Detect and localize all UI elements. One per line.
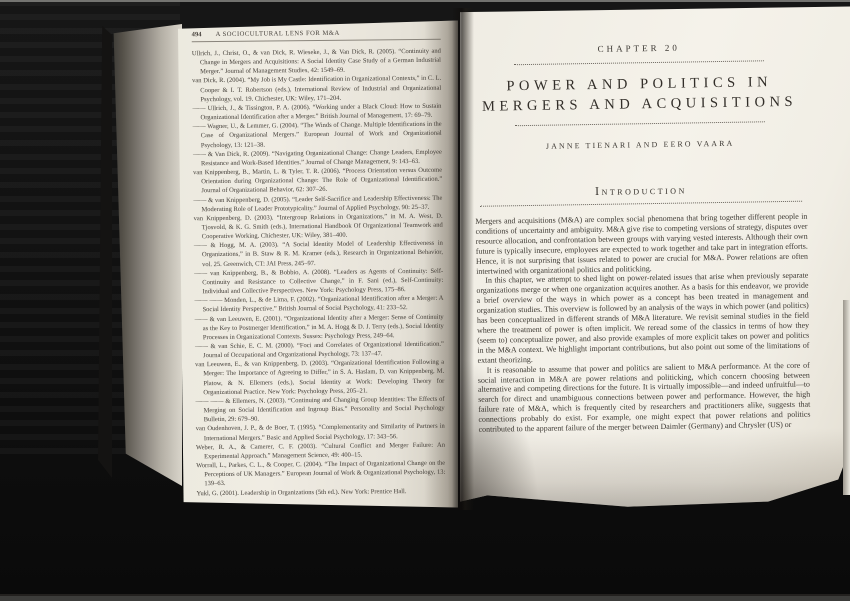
left-page: 494 A SOCIOCULTURAL LENS FOR M&A Ullrich… bbox=[178, 17, 458, 509]
chapter-title-line2: MERGERS AND ACQUISITIONS bbox=[473, 92, 805, 117]
chapter-label: CHAPTER 20 bbox=[473, 41, 805, 56]
page-number: 494 bbox=[192, 31, 202, 38]
reference-list: Ullrich, J., Christ, O., & van Dick, R. … bbox=[192, 47, 446, 498]
reference-entry: —— Wagner, U., & Lemmer, G. (2004). “The… bbox=[193, 120, 442, 150]
running-head-title: A SOCIOCULTURAL LENS FOR M&A bbox=[216, 30, 340, 38]
table-edge bbox=[0, 596, 850, 601]
book-cover-edge bbox=[98, 26, 112, 478]
reference-entry: van Knippenberg, D. (2003). “Intergroup … bbox=[194, 212, 443, 242]
section-heading-introduction: Introduction bbox=[475, 181, 807, 201]
dotted-rule-top bbox=[514, 60, 764, 65]
top-light-glint bbox=[0, 0, 850, 2]
running-header: 494 A SOCIOCULTURAL LENS FOR M&A bbox=[192, 29, 441, 43]
reference-entry: Ullrich, J., Christ, O., & van Dick, R. … bbox=[192, 47, 441, 77]
book-photo: 494 A SOCIOCULTURAL LENS FOR M&A Ullrich… bbox=[0, 0, 850, 601]
reference-entry: Yukl, G. (2001). Leadership in Organizat… bbox=[196, 486, 445, 498]
reference-entry: —— van Knippenberg, B., & Bobbio, A. (20… bbox=[194, 266, 443, 296]
chapter-title: POWER AND POLITICS IN MERGERS AND ACQUIS… bbox=[473, 72, 806, 117]
body-paragraph: In this chapter, we attempt to shed ligh… bbox=[476, 271, 809, 365]
reference-entry: —— —— Monden, L., & de Lima, F. (2002). … bbox=[194, 294, 443, 315]
reference-entry: van Knippenberg, B., Martin, L. & Tyler,… bbox=[193, 166, 442, 196]
reference-entry: —— —— & Ellemers, N. (2003). “Continuing… bbox=[195, 395, 444, 425]
page-block-fore-edge bbox=[106, 24, 182, 486]
authors-line: JANNE TIENARI AND EERO VAARA bbox=[474, 138, 806, 152]
reference-entry: Worrall, L., Parkes, C. L., & Cooper, C.… bbox=[196, 459, 445, 489]
left-page-content: 494 A SOCIOCULTURAL LENS FOR M&A Ullrich… bbox=[175, 16, 460, 499]
dotted-rule-under-title bbox=[515, 121, 765, 126]
right-page-stack-edge bbox=[843, 300, 850, 495]
reference-entry: —— & van Leeuwen, E. (2001). “Organizati… bbox=[195, 312, 444, 342]
reference-entry: —— & Hogg, M. A. (2003). “A Social Ident… bbox=[194, 239, 443, 269]
book-gutter-shadow bbox=[452, 8, 474, 510]
reference-entry: van Leeuwen, E., & van Knippenberg, D. (… bbox=[195, 358, 444, 397]
right-page: CHAPTER 20 POWER AND POLITICS IN MERGERS… bbox=[460, 5, 850, 518]
dotted-rule-under-heading bbox=[480, 201, 802, 207]
reference-entry: van Dick, R. (2004). “My Job is My Castl… bbox=[192, 74, 441, 104]
body-paragraph: Mergers and acquisitions (M&A) are compl… bbox=[475, 212, 808, 277]
reference-entry: —— & van Knippenberg, D. (2005). “Leader… bbox=[193, 193, 442, 214]
